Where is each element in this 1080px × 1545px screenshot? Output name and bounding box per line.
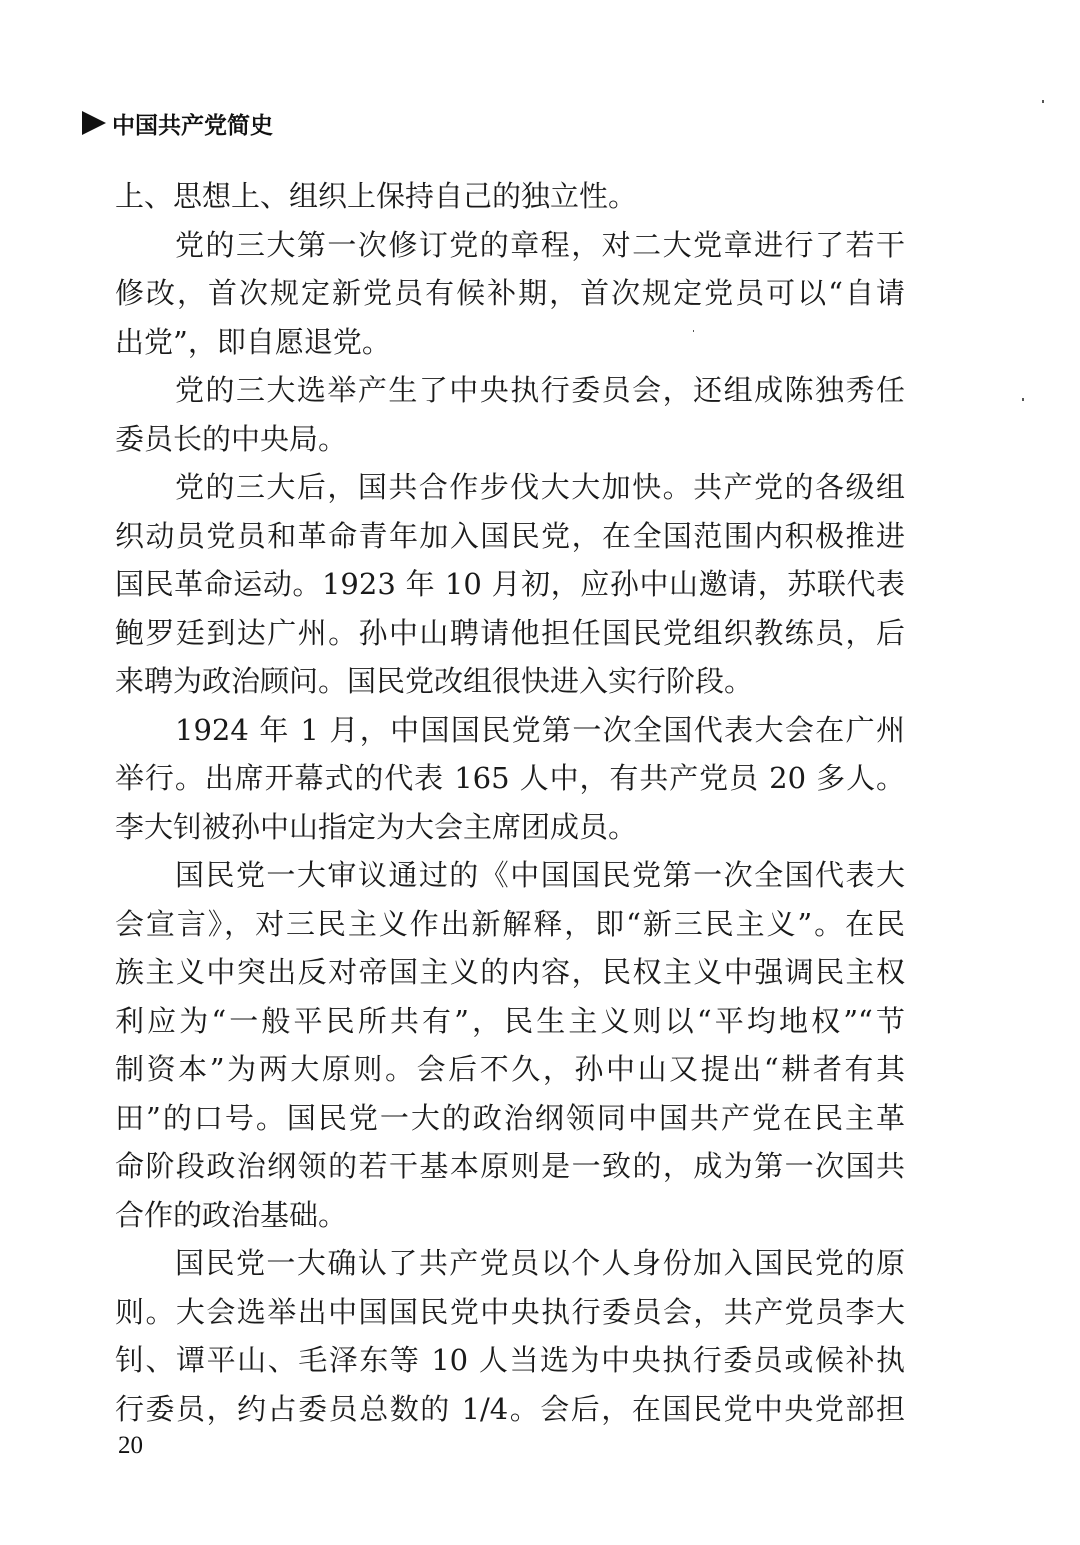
scan-speck — [1022, 398, 1024, 401]
text-line: 行委员，约占委员总数的 1/4。会后，在国民党中央党部担 — [115, 1385, 905, 1434]
text-line: 鲍罗廷到达广州。孙中山聘请他担任国民党组织教练员，后 — [115, 609, 905, 658]
triangle-right-icon — [82, 111, 106, 135]
text-line: 党的三大第一次修订党的章程，对二大党章进行了若干 — [115, 221, 905, 270]
text-line: 合作的政治基础。 — [115, 1191, 905, 1240]
text-line: 党的三大后，国共合作步伐大大加快。共产党的各级组 — [115, 463, 905, 512]
text-line: 会宣言》，对三民主义作出新解释，即“新三民主义”。在民 — [115, 900, 905, 949]
text-line: 来聘为政治顾问。国民党改组很快进入实行阶段。 — [115, 657, 905, 706]
text-line: 修改，首次规定新党员有候补期，首次规定党员可以“自请 — [115, 269, 905, 318]
text-line: 出党”，即自愿退党。 — [115, 318, 905, 367]
page-number: 20 — [118, 1432, 143, 1460]
text-line: 钊、谭平山、毛泽东等 10 人当选为中央执行委员或候补执 — [115, 1336, 905, 1385]
text-line: 命阶段政治纲领的若干基本原则是一致的，成为第一次国共 — [115, 1142, 905, 1191]
page-body: 上、思想上、组织上保持自己的独立性。 党的三大第一次修订党的章程，对二大党章进行… — [115, 172, 905, 1433]
text-line: 1924 年 1 月，中国国民党第一次全国代表大会在广州 — [115, 706, 905, 755]
text-line: 则。大会选举出中国国民党中央执行委员会，共产党员李大 — [115, 1288, 905, 1337]
text-line: 利应为“一般平民所共有”，民生主义则以“平均地权”“节 — [115, 997, 905, 1046]
running-header: 中国共产党简史 — [82, 106, 273, 140]
text-line: 族主义中突出反对帝国主义的内容，民权主义中强调民主权 — [115, 948, 905, 997]
text-line: 委员长的中央局。 — [115, 415, 905, 464]
text-line: 国民党一大审议通过的《中国国民党第一次全国代表大 — [115, 851, 905, 900]
text-line: 制资本”为两大原则。会后不久，孙中山又提出“耕者有其 — [115, 1045, 905, 1094]
text-line: 李大钊被孙中山指定为大会主席团成员。 — [115, 803, 905, 852]
book-title: 中国共产党简史 — [112, 107, 273, 140]
text-line: 举行。出席开幕式的代表 165 人中，有共产党员 20 多人。 — [115, 754, 905, 803]
text-line: 国民革命运动。1923 年 10 月初，应孙中山邀请，苏联代表 — [115, 560, 905, 609]
scan-speck — [1042, 100, 1044, 103]
text-line: 上、思想上、组织上保持自己的独立性。 — [115, 172, 905, 221]
scan-speck — [693, 330, 694, 332]
text-line: 党的三大选举产生了中央执行委员会，还组成陈独秀任 — [115, 366, 905, 415]
text-line: 田”的口号。国民党一大的政治纲领同中国共产党在民主革 — [115, 1094, 905, 1143]
text-line: 织动员党员和革命青年加入国民党，在全国范围内积极推进 — [115, 512, 905, 561]
text-line: 国民党一大确认了共产党员以个人身份加入国民党的原 — [115, 1239, 905, 1288]
